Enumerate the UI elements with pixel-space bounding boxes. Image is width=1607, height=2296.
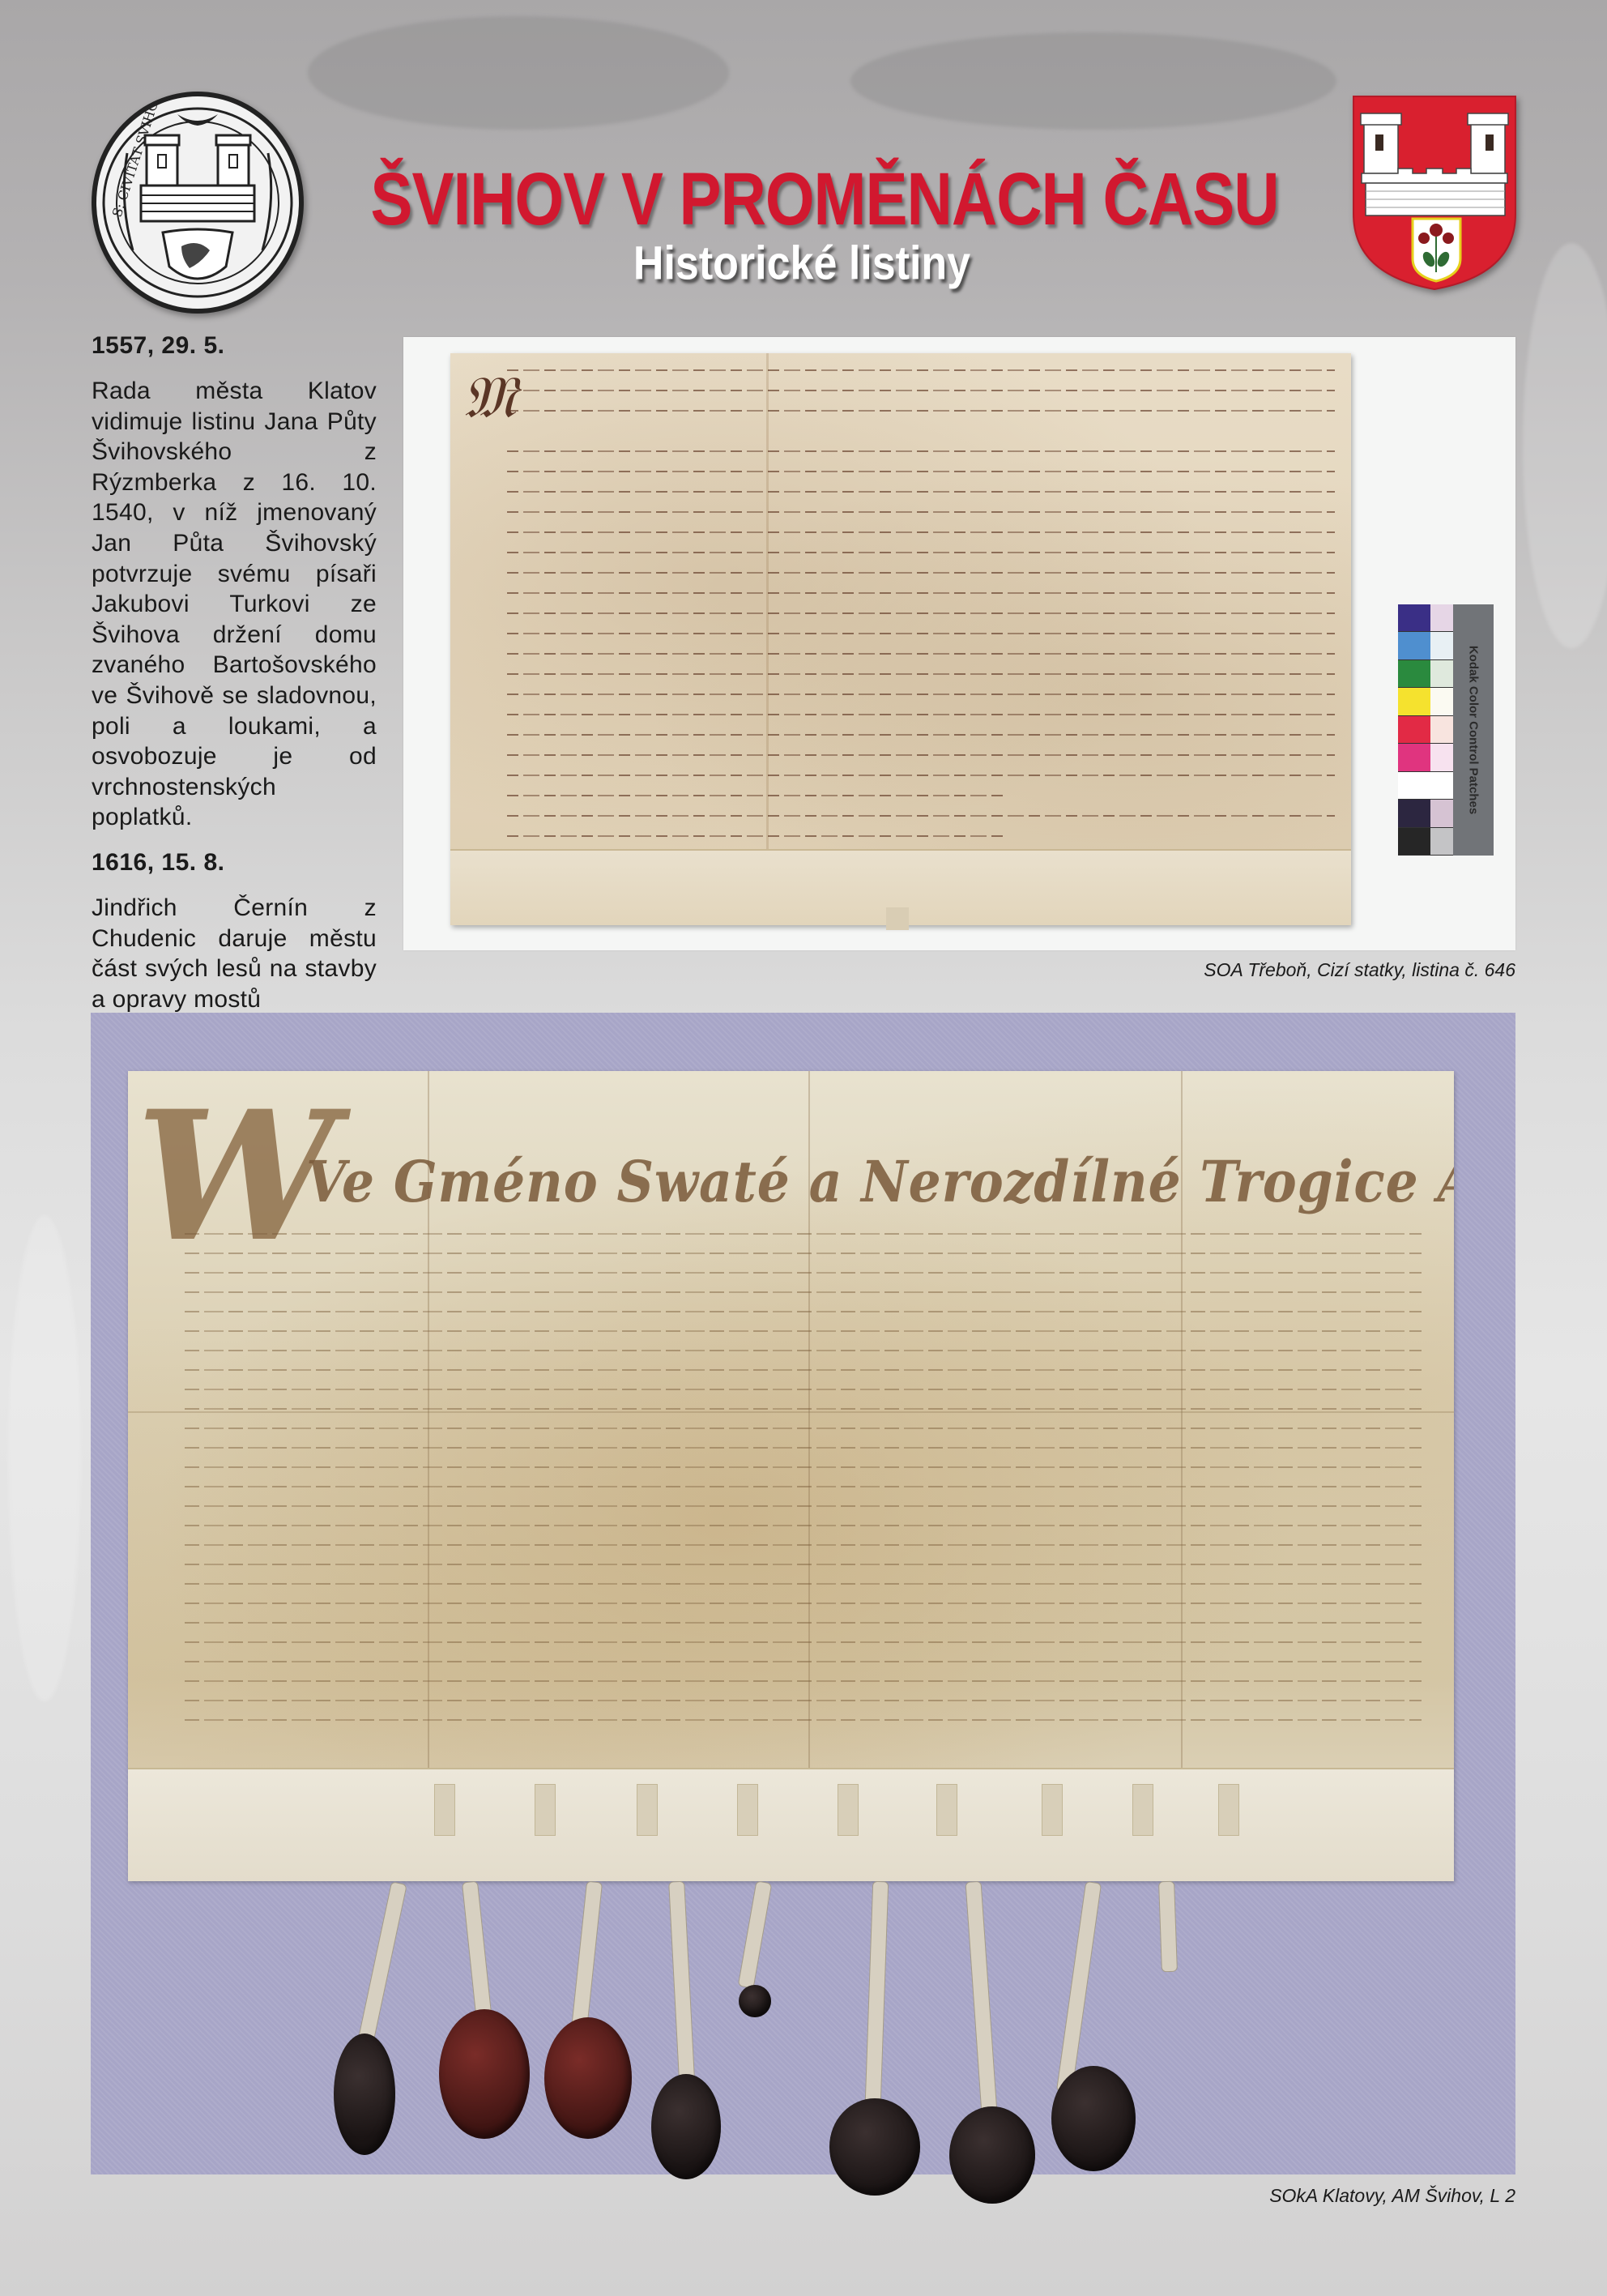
patch-cyan <box>1398 632 1430 659</box>
patch-magenta <box>1398 744 1430 771</box>
wax-seal <box>651 2074 721 2179</box>
patch-black <box>1398 828 1430 856</box>
seal-ribbon <box>1158 1881 1178 1973</box>
background-texture <box>850 32 1336 130</box>
seal-icon: S: CIVITAT SVIHOVI E <box>96 96 299 309</box>
seal-ribbon <box>965 1881 998 2127</box>
patch-green <box>1398 660 1430 688</box>
background-texture <box>1523 243 1607 648</box>
seal-ribbon <box>864 1881 889 2127</box>
document-caption: SOA Třeboň, Cizí statky, listina č. 646 <box>1204 959 1515 981</box>
coat-of-arms-emblem <box>1349 92 1520 292</box>
patch-white <box>1398 772 1430 800</box>
entry-date: 1616, 15. 8. <box>92 849 377 877</box>
entries-column: 1557, 29. 5. Rada města Klatov vidimuje … <box>92 332 377 1031</box>
wax-seal-fragment <box>739 1985 771 2017</box>
seal-ribbon <box>738 1880 773 1988</box>
color-card-label: Kodak Color Control Patches <box>1467 646 1481 814</box>
patch-yellow <box>1398 688 1430 715</box>
document-heading-script: Ve Gméno Swaté a Nerozdílné Trogice Amen… <box>306 1148 1454 1215</box>
coat-of-arms-icon <box>1349 92 1520 292</box>
patch-blue <box>1398 604 1430 632</box>
wax-seal <box>439 2009 530 2139</box>
entry-date: 1557, 29. 5. <box>92 332 377 360</box>
document-caption: SOkA Klatovy, AM Švihov, L 2 <box>1269 2185 1515 2207</box>
patch-red <box>1398 716 1430 744</box>
wax-seal <box>829 2098 920 2196</box>
handwritten-text <box>507 369 1335 856</box>
wax-seal <box>544 2017 632 2139</box>
page-title: ŠVIHOV V PROMĚNÁCH ČASU <box>322 156 1327 242</box>
kodak-color-card: Kodak Color Control Patches <box>1398 604 1494 856</box>
wax-seal <box>334 2034 395 2155</box>
document-photo-1616: W Ve Gméno Swaté a Nerozdílné Trogice Am… <box>91 1013 1515 2174</box>
entry-text: Rada města Klatov vidimuje listinu Jana … <box>92 376 377 833</box>
background-texture <box>308 16 729 130</box>
town-seal-emblem: S: CIVITAT SVIHOVI E <box>92 92 304 314</box>
handwritten-text <box>185 1233 1422 1739</box>
seal-ribbon <box>668 1881 696 2094</box>
page-subtitle: Historické listiny <box>551 237 1053 291</box>
document-photo-1557: 𝔐 <box>403 337 1515 950</box>
wax-seal <box>1051 2066 1136 2171</box>
seal-tab <box>886 907 909 930</box>
entry-text: Jindřich Černín z Chudenic daruje městu … <box>92 893 377 1014</box>
parchment-fold <box>128 1768 1454 1881</box>
seal-ribbon <box>357 1881 407 2045</box>
seal-ribbon <box>1056 1881 1102 2093</box>
parchment: W Ve Gméno Swaté a Nerozdílné Trogice Am… <box>128 1071 1454 1881</box>
background-texture <box>8 1215 81 1701</box>
wax-seal <box>949 2106 1035 2204</box>
patch-3color <box>1398 800 1430 827</box>
parchment: 𝔐 <box>450 353 1351 925</box>
